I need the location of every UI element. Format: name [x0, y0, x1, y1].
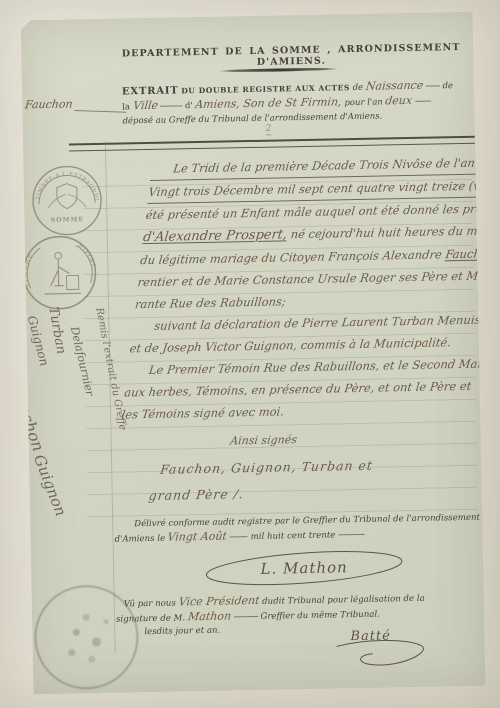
document-photo: Fauchon TIMBRE A L'EXTRAORDINAIRE SOMME …: [0, 0, 500, 708]
stamp-extraordinaire: TIMBRE A L'EXTRAORDINAIRE SOMME: [29, 163, 104, 238]
hw-ville: Ville: [132, 99, 159, 114]
la-word: la: [122, 102, 130, 112]
president-signature-text: Batté: [349, 628, 391, 644]
svg-text:ROYAL: ROYAL: [76, 241, 98, 270]
fill-line: [338, 531, 364, 535]
cert-line2-end: mil huit cent trente: [251, 530, 336, 542]
hw-city: Amiens, Son de St Firmin,: [195, 95, 343, 112]
child-name: d'Alexandre Prospert,: [142, 227, 288, 245]
hw-president-title: Vice Président: [178, 594, 260, 609]
fill-line: [230, 533, 248, 537]
body-line-rest: né cejourd'hui huit heures du matin: [286, 223, 500, 241]
hw-greffier-name: Mathon: [187, 609, 232, 623]
fill-line: [426, 82, 440, 86]
president-signature: Batté: [328, 620, 439, 674]
vu-par-nous: Vû par nous: [116, 599, 176, 610]
legal-line2-end: Greffier du même Tribunal.: [260, 610, 380, 622]
svg-text:TIMBRE A L'EXTRAORDINAIRE: TIMBRE A L'EXTRAORDINAIRE: [29, 163, 99, 203]
greffier-signature-text: L. Mathon: [259, 558, 348, 578]
signature-de-m: signature de M.: [116, 613, 185, 624]
hw-date: Vingt Août: [167, 530, 228, 544]
fill-line: [234, 613, 258, 617]
document-title: DEPARTEMENT DE LA SOMME , ARRONDISSEMENT…: [105, 42, 477, 71]
certification-block: Délivré conforme audit registre par le G…: [114, 512, 482, 547]
signed-header: Ainsi signés: [113, 431, 415, 450]
hw-year: deux: [385, 94, 414, 109]
registre-words: DU DOUBLE REGISTRE AUX ACTES: [181, 83, 350, 95]
stamp-royal-text: ROYAL: [76, 241, 98, 270]
de-word: de: [353, 83, 364, 93]
stamp-somme-text: SOMME: [51, 216, 84, 224]
margin-signature: Turban: [45, 306, 68, 356]
de-word: de: [442, 81, 453, 91]
margin-dash-line: [74, 110, 126, 113]
legal-line1-end: dudit Tribunal pour légalisation de la: [262, 594, 425, 607]
extrait-word: EXTRAIT: [122, 85, 179, 97]
greffier-signature: L. Mathon: [199, 541, 410, 595]
hw-act-type: Naissance: [365, 79, 424, 94]
margin-signature: Fauchon: [8, 382, 49, 453]
fill-line: [160, 102, 182, 106]
father-surname: Fauchon: [445, 246, 496, 261]
margin-name-note: Fauchon: [24, 97, 73, 111]
d-apostrophe: d': [185, 101, 193, 111]
act-body: Le Tridi de la première Décade Trois Niv…: [120, 151, 500, 425]
paper-sheet: Fauchon TIMBRE A L'EXTRAORDINAIRE SOMME …: [21, 12, 486, 695]
stamp-arc-text: TIMBRE A L'EXTRAORDINAIRE: [29, 163, 99, 203]
pour-lan-words: pour l'an: [344, 97, 383, 108]
cert-line2-start: d'Amiens le: [114, 534, 165, 545]
body-line-start: du légitime mariage du Citoyen François …: [140, 247, 447, 267]
stamp-timbre-text: TIMBRE: [21, 251, 36, 288]
extract-heading: EXTRAIT DU DOUBLE REGISTRE AUX ACTES de …: [122, 78, 479, 129]
svg-text:TIMBRE: TIMBRE: [21, 251, 36, 288]
margin-signature: Guignon: [30, 452, 70, 519]
signed-names-line2: grand Père /.: [148, 486, 245, 503]
signed-names-line1: Fauchon, Guignon, Turban et: [159, 458, 374, 477]
page-number-mark: 2 ~: [265, 126, 273, 140]
margin-signature: Delafournier: [68, 325, 97, 397]
fill-line: [415, 98, 431, 102]
